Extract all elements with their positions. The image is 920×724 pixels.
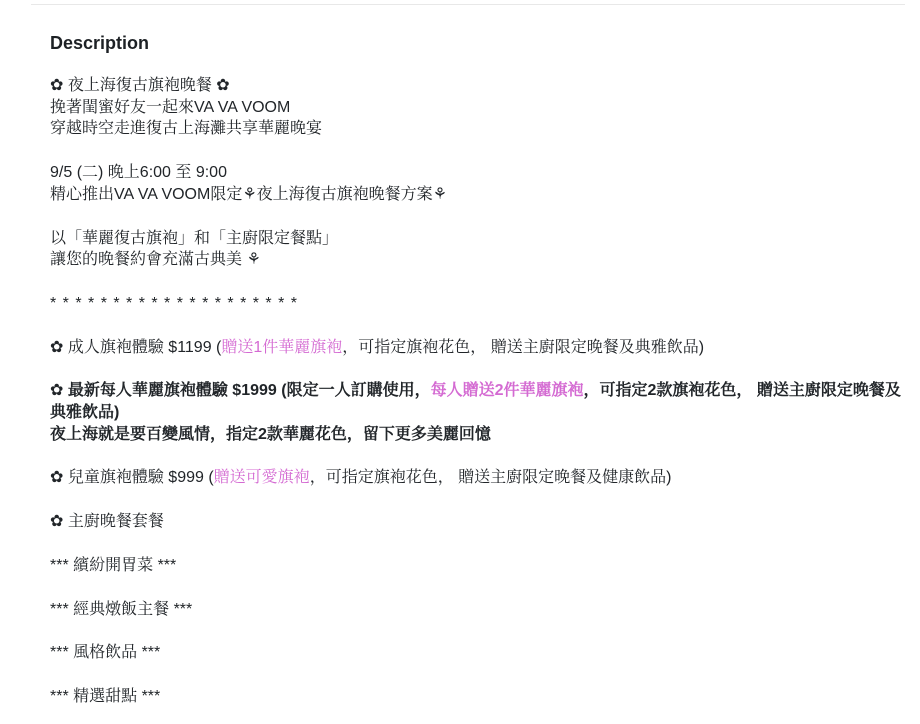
child-plan-text-suffix: ，可指定旗袍花色， 贈送主廚限定晚餐及健康飲品) [310,469,672,486]
premium-plan-paragraph: ✿ 最新每人華麗旗袍體驗 $1999 (限定一人訂購使用，每人贈送2件華麗旗袍，… [50,380,905,445]
menu-title: ✿ 主廚晚餐套餐 [50,511,905,533]
premium-plan-gift-highlight: 每人贈送2件華麗旗袍 [431,382,584,399]
adult-plan-text-suffix: ，可指定旗袍花色， 贈送主廚限定晚餐及典雅飲品) [342,339,704,356]
theme-line-2: 讓您的晚餐約會充滿古典美 ⚘ [50,251,261,268]
description-section: Description ✿ 夜上海復古旗袍晚餐 ✿挽著閨蜜好友一起來VA VA … [0,4,920,708]
separator-line: * * * * * * * * * * * * * * * * * * * * [50,293,905,315]
adult-plan-paragraph: ✿ 成人旗袍體驗 $1199 (贈送1件華麗旗袍，可指定旗袍花色， 贈送主廚限定… [50,337,905,359]
premium-plan-slogan: 夜上海就是要百變風情，指定2款華麗花色，留下更多美麗回憶 [50,426,491,443]
menu-item-main-course: *** 經典燉飯主餐 *** [50,599,905,621]
description-content: Description ✿ 夜上海復古旗袍晚餐 ✿挽著閨蜜好友一起來VA VA … [0,5,920,708]
promo-line: 精心推出VA VA VOOM限定⚘夜上海復古旗袍晚餐方案⚘ [50,186,447,203]
intro-line-title: ✿ 夜上海復古旗袍晚餐 ✿ [50,77,230,94]
schedule-paragraph: 9/5 (二) 晚上6:00 至 9:00精心推出VA VA VOOM限定⚘夜上… [50,162,905,205]
child-plan-text: ✿ 兒童旗袍體驗 $999 ( [50,469,214,486]
child-plan-paragraph: ✿ 兒童旗袍體驗 $999 (贈送可愛旗袍，可指定旗袍花色， 贈送主廚限定晚餐及… [50,467,905,489]
intro-paragraph: ✿ 夜上海復古旗袍晚餐 ✿挽著閨蜜好友一起來VA VA VOOM穿越時空走進復古… [50,75,905,140]
section-title: Description [50,32,905,54]
adult-plan-gift-highlight: 贈送1件華麗旗袍 [221,339,342,356]
intro-line-2: 挽著閨蜜好友一起來VA VA VOOM [50,99,290,116]
menu-item-dessert: *** 精選甜點 *** [50,686,905,708]
date-time-line: 9/5 (二) 晚上6:00 至 9:00 [50,164,227,181]
menu-item-drink: *** 風格飲品 *** [50,642,905,664]
intro-line-3: 穿越時空走進復古上海灘共享華麗晚宴 [50,120,322,137]
adult-plan-text: ✿ 成人旗袍體驗 $1199 ( [50,339,221,356]
menu-item-appetizer: *** 繽紛開胃菜 *** [50,555,905,577]
premium-plan-text: ✿ 最新每人華麗旗袍體驗 $1999 (限定一人訂購使用， [50,382,431,399]
theme-line-1: 以「華麗復古旗袍」和「主廚限定餐點」 [50,230,338,247]
theme-paragraph: 以「華麗復古旗袍」和「主廚限定餐點」讓您的晚餐約會充滿古典美 ⚘ [50,228,905,271]
child-plan-gift-highlight: 贈送可愛旗袍 [214,469,310,486]
